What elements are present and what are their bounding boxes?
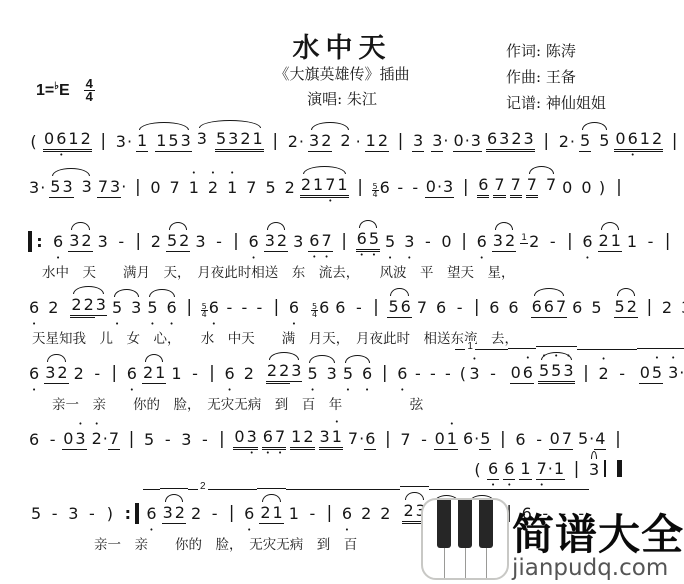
note: - <box>254 297 265 318</box>
note-group: - <box>427 363 438 384</box>
note: 3 <box>68 230 80 252</box>
note-group: - <box>224 297 235 318</box>
slur-note-group: 77 <box>526 174 557 198</box>
note: 5 <box>306 363 318 384</box>
note: 2 <box>284 177 296 198</box>
note: 7 <box>493 174 505 198</box>
note: 6 <box>52 231 64 252</box>
note: 5 <box>166 230 178 252</box>
note: 6 <box>581 231 593 252</box>
note: 3 <box>97 231 109 252</box>
note: 2 <box>379 503 391 524</box>
barline: | <box>642 297 657 318</box>
dotted-note-dot: · <box>40 177 45 198</box>
slur-note-group: 533 <box>49 176 93 198</box>
note-group: 76- <box>416 297 465 318</box>
barline: | <box>393 131 408 152</box>
note: 5 <box>49 176 61 198</box>
note: - <box>410 177 421 198</box>
note-group: | <box>458 177 473 198</box>
note: 0 <box>614 128 626 152</box>
notation-line: 622235356|546---|65466-|5676-|666676552|… <box>26 294 684 318</box>
note: 6 <box>488 297 500 318</box>
note: 3 <box>667 362 679 383</box>
note-group: - <box>239 297 250 318</box>
dotted-note-dot: · <box>356 131 361 152</box>
note: - <box>645 231 656 252</box>
note-group: 6 <box>477 174 489 198</box>
lyrics-line: 水中 天 满月 天， 月夜此时相送 东 流去， 风波 平 望天 星， <box>42 261 677 281</box>
time-signature: 4 4 <box>84 78 95 103</box>
note: 6 <box>166 297 178 318</box>
slur-note-group: 3 <box>588 459 600 480</box>
note: 6 <box>28 297 40 318</box>
note: 2 <box>339 130 351 151</box>
note: 1 <box>226 177 238 198</box>
note: 6 <box>477 174 489 198</box>
note: 2 <box>320 130 332 152</box>
dotted-note-dot: · <box>121 176 126 197</box>
note: 6 <box>514 429 526 450</box>
note: 1 <box>553 458 565 480</box>
barline: | <box>539 131 554 152</box>
note-group: 22- <box>190 503 220 524</box>
note: 7 <box>320 230 332 252</box>
note: 6 <box>627 128 639 152</box>
slur-note-group: 35321 <box>196 128 264 152</box>
slur-note-group: 52 <box>614 296 638 318</box>
note: 1 <box>610 230 622 252</box>
note: - <box>214 231 225 252</box>
note-group: | <box>457 231 472 252</box>
note-group: 00 <box>561 177 592 198</box>
note: - <box>353 297 364 318</box>
note-group: | <box>612 177 627 198</box>
music-system-1: (0612|3·115335321|2·322·12|33·0·36323|2·… <box>26 128 684 152</box>
note: 3 <box>109 176 121 198</box>
dotted-note-dot: · <box>127 131 132 152</box>
note-group: 6 <box>52 231 64 252</box>
note: 2 <box>83 294 95 318</box>
note: 5 <box>579 130 591 152</box>
note: 2 <box>80 230 92 252</box>
note: 2 <box>402 500 414 524</box>
note-group: | <box>322 503 337 524</box>
note-group: 3- <box>97 231 127 252</box>
note-group: | <box>214 429 229 450</box>
slur-note-group: 53 <box>306 363 337 384</box>
barline: | <box>130 177 145 198</box>
note: 1 <box>639 128 651 152</box>
note: 3 <box>562 360 574 384</box>
note: 0 <box>561 177 573 198</box>
note: 3 <box>588 459 600 480</box>
note-group: - <box>412 363 423 384</box>
note-group: | <box>562 231 577 252</box>
note-group: 7·1 <box>536 458 565 480</box>
note-group: | <box>377 363 392 384</box>
note-group: | <box>368 297 383 318</box>
note: 7 <box>526 174 538 198</box>
note-group: 6- <box>334 297 364 318</box>
barline: | <box>579 363 594 384</box>
barline: | <box>337 231 352 252</box>
note: 0 <box>453 130 465 152</box>
note-group: 01 <box>434 428 458 450</box>
note: 5 <box>577 428 589 449</box>
note: 3 <box>194 231 206 252</box>
note-group: | <box>569 459 584 480</box>
note-group: 5-3- <box>143 429 210 450</box>
barline: | <box>322 503 337 524</box>
note: 1 <box>170 363 182 384</box>
note-group: 1- <box>288 503 318 524</box>
slur-note-group: 32 <box>68 230 92 252</box>
time-signature-change: 54 <box>311 303 318 318</box>
note: - <box>419 429 430 450</box>
slur-note-group: 223 <box>70 294 107 318</box>
slur-note-group: 322 <box>308 130 352 152</box>
note-group: 6 <box>581 231 593 252</box>
note: - <box>442 363 453 384</box>
note-group: 6 <box>476 231 488 252</box>
barline: | <box>495 429 510 450</box>
note: - <box>617 363 628 384</box>
watermark-domain-text: jianpudq.com <box>512 557 668 580</box>
note: 6 <box>400 296 412 318</box>
barline: | <box>458 177 473 198</box>
note: 5 <box>368 228 380 252</box>
note: 2 <box>300 174 312 198</box>
note: 3 <box>196 128 208 149</box>
note: - <box>307 503 318 524</box>
note: 0 <box>510 362 522 384</box>
note: 2 <box>142 362 154 384</box>
lyrics-line: 亲一 亲 你的 脸， 无灾无病 到 百 年 弦 <box>52 393 684 413</box>
white-key-divider <box>444 547 445 578</box>
note: 5 <box>111 297 123 318</box>
note: 2 <box>150 231 162 252</box>
note: 0 <box>149 177 161 198</box>
barline: | <box>96 131 111 152</box>
note-group: | <box>353 177 368 198</box>
note: 1 <box>336 174 348 198</box>
barline: | <box>368 297 383 318</box>
repeat-begin-sign: : <box>28 231 46 252</box>
note-group: 0612 <box>43 128 92 152</box>
note: 3 <box>246 426 258 450</box>
note: - <box>488 363 499 384</box>
note-group: 67 <box>308 230 332 252</box>
notation-line: 3·53373·|071217522171|546--0·3|6777700)| <box>26 174 629 198</box>
note-group: | <box>393 131 408 152</box>
note: 1 <box>331 426 343 450</box>
note: 1 <box>626 231 638 252</box>
slur-note-group: 223 <box>266 360 303 384</box>
note-group: 3- <box>194 231 224 252</box>
note-group: | <box>205 363 220 384</box>
note-group: 23-- <box>661 297 684 318</box>
note: - <box>547 231 558 252</box>
note-group: 2 <box>150 231 162 252</box>
piano-keys-icon <box>421 498 509 580</box>
note-group: | <box>130 177 145 198</box>
note-group: | <box>229 231 244 252</box>
note: 7 <box>97 176 109 198</box>
note-group: 6 <box>248 231 260 252</box>
note-group: 3· <box>115 131 132 152</box>
notation-line: :6323-|2523-|632367|6553-0|63212-|6211-| <box>26 228 677 252</box>
note: 3 <box>81 176 93 197</box>
note-group: 6 <box>28 363 40 384</box>
note: 3 <box>74 428 86 450</box>
composer-credit: 作曲: 王备 <box>506 64 606 90</box>
note: 5 <box>146 297 158 318</box>
note: 6 <box>571 297 583 318</box>
note-group: 7·6 <box>347 428 376 450</box>
dotted-note-dot: · <box>570 131 575 152</box>
note: 4 <box>594 428 606 450</box>
note: 3 <box>468 363 480 384</box>
music-system-3: :6323-|2523-|632367|6553-0|63212-|6211-|… <box>26 228 677 281</box>
note-group: 6 <box>396 363 408 384</box>
note: 7 <box>399 429 411 450</box>
slur-note-group: 32 <box>492 230 516 252</box>
slur-note-group: 56 <box>342 363 373 384</box>
slur-note-group: 65 <box>356 228 380 252</box>
note: 7 <box>245 177 257 198</box>
note: 6 <box>462 428 474 449</box>
note: 5 <box>614 296 626 318</box>
note: 0 <box>639 362 651 384</box>
note: 2 <box>56 362 68 384</box>
note: 3 <box>470 130 482 152</box>
note-group: ( <box>28 131 39 152</box>
barline: | <box>131 231 146 252</box>
note: 6 <box>243 503 255 524</box>
note: ( <box>457 363 468 384</box>
note: 3 <box>227 128 239 152</box>
note-group: | <box>642 297 657 318</box>
music-system-4: 622235356|546---|65466-|5676-|666676552|… <box>26 294 684 347</box>
note: 1 <box>188 177 200 198</box>
note: 2 <box>504 230 516 252</box>
note: 5 <box>167 130 179 152</box>
note: 1 <box>155 130 167 152</box>
note-group: | <box>269 297 284 318</box>
note-group: 5-3-) <box>30 503 115 524</box>
note-group: 73· <box>97 176 126 198</box>
note-group: 6 <box>126 363 138 384</box>
note: 3 <box>292 231 304 252</box>
note: 6 <box>522 362 534 384</box>
note: 1 <box>252 128 264 152</box>
note: 7 <box>536 458 548 480</box>
note: - <box>199 429 210 450</box>
note: 7 <box>108 428 120 450</box>
note: 2 <box>528 231 540 252</box>
note: - <box>209 503 220 524</box>
lyricist-credit: 作词: 陈涛 <box>506 38 606 64</box>
note: 6 <box>288 297 300 318</box>
barline: | <box>124 429 139 450</box>
barline: | <box>214 429 229 450</box>
note: - <box>422 231 433 252</box>
note-group: 07 <box>549 428 573 450</box>
slur-note-group: 553 <box>538 360 575 384</box>
note-group: 6 <box>503 458 515 480</box>
note: 2 <box>239 128 251 152</box>
note: 2 <box>651 128 663 152</box>
music-system-2: 3·53373·|071217522171|546--0·3|6777700)| <box>26 174 629 198</box>
slur-note-group: 56 <box>146 297 177 318</box>
dotted-note-dot: · <box>679 362 684 383</box>
note: 3 <box>28 177 40 198</box>
note: 6 <box>28 429 40 450</box>
note: 3 <box>308 130 320 152</box>
barline: | <box>377 363 392 384</box>
grace-note: 1 <box>520 233 528 244</box>
note: 3 <box>67 503 79 524</box>
note-group: 546 <box>372 177 391 198</box>
barline: | <box>205 363 220 384</box>
note-group: | <box>579 363 594 384</box>
note-group: 6323 <box>486 128 535 152</box>
barline: | <box>610 429 625 450</box>
note: 2 <box>243 363 255 384</box>
barline: | <box>562 231 577 252</box>
note: 2 <box>278 360 290 384</box>
note: 3 <box>523 128 535 152</box>
note: 6 <box>318 297 330 318</box>
note-group: - <box>410 177 421 198</box>
note: 5 <box>342 363 354 384</box>
note: 5 <box>651 362 663 384</box>
note: - <box>534 429 545 450</box>
note-group: 2·7 <box>91 428 120 450</box>
note: 6 <box>334 297 346 318</box>
black-key <box>437 498 451 548</box>
slur-note-group: 55 <box>579 130 610 152</box>
note-group: 07121752 <box>149 177 296 198</box>
note: 0 <box>425 176 437 198</box>
note: 3 <box>44 362 56 384</box>
note: 3 <box>403 231 415 252</box>
note: 5 <box>215 128 227 152</box>
note: 2 <box>276 230 288 252</box>
note-group: | <box>539 131 554 152</box>
note: - <box>239 297 250 318</box>
note: 3 <box>290 360 302 382</box>
note-group: 12- <box>520 231 558 252</box>
note-group <box>604 460 622 480</box>
note: 0 <box>549 428 561 450</box>
note: 3 <box>326 363 338 384</box>
barline: | <box>457 231 472 252</box>
notation-line: (6617·1|3 <box>470 458 624 482</box>
note: 6 <box>531 296 543 318</box>
note-group: 05 <box>639 362 663 384</box>
note-group: | <box>610 429 625 450</box>
note: 2 <box>626 296 638 318</box>
note: 6 <box>379 177 391 198</box>
note-group: | <box>131 231 146 252</box>
note: 3 <box>319 426 331 450</box>
note: 3 <box>115 131 127 152</box>
note: 6 <box>145 503 157 524</box>
note-group: 6 <box>145 503 157 524</box>
note-group: 546 <box>201 297 220 318</box>
barline: | <box>182 297 197 318</box>
note: 2 <box>558 131 570 152</box>
final-barline <box>604 460 622 477</box>
note-group: | <box>182 297 197 318</box>
credits-block: 作词: 陈涛 作曲: 王备 记谱: 神仙姐姐 <box>506 38 606 116</box>
watermark: 简谱大全 jianpudq.com <box>421 498 684 580</box>
note: 1 <box>365 130 377 152</box>
note: 2 <box>661 297 673 318</box>
barline: | <box>380 429 395 450</box>
note-group: 3· <box>28 177 45 198</box>
note: 2 <box>47 297 59 318</box>
note: - <box>454 297 465 318</box>
note: - <box>162 429 173 450</box>
barline: | <box>269 297 284 318</box>
note: 3 <box>162 502 174 524</box>
note: 5 <box>550 360 562 384</box>
note-group: 62 <box>28 297 66 318</box>
note-group: · <box>356 131 361 152</box>
note-group: 03 <box>233 426 257 450</box>
note-group: : <box>119 503 141 524</box>
white-key-divider <box>465 547 466 578</box>
note-group: 67 <box>262 426 286 450</box>
note: 6 <box>224 363 236 384</box>
note-group: | <box>667 131 682 152</box>
music-system-7: (6617·1|3 <box>470 458 624 482</box>
note-group: 0·3 <box>453 130 482 152</box>
slur-note-group: 32 <box>162 502 186 524</box>
note: 7 <box>545 174 557 195</box>
note-group: 1- <box>170 363 200 384</box>
slur-note-group: 56 <box>387 296 411 318</box>
note: - <box>116 231 127 252</box>
note: ) <box>597 177 608 198</box>
note: 6 <box>341 503 353 524</box>
barline: | <box>268 131 283 152</box>
key-signature: 1=♭E 4 4 <box>36 78 95 103</box>
note-group: 622 <box>341 503 399 524</box>
slur-note-group: 21 <box>598 230 622 252</box>
music-system-6: 6-032·7|5-3-|036712317·6|7-016·5|6-075·4… <box>26 426 627 450</box>
watermark-brand-text: 简谱大全 <box>512 514 684 556</box>
note: 1 <box>288 503 300 524</box>
barline: | <box>224 503 239 524</box>
note-group: 06 <box>510 362 534 384</box>
barline: | <box>612 177 627 198</box>
lyrics-line: 天星知我 儿 女 心， 水 中天 满 月天， 月夜此时 相送东流 去， <box>32 327 684 347</box>
note-group: 5·4 <box>577 428 606 450</box>
note-group: 12 <box>365 130 389 152</box>
note: 6 <box>396 363 408 384</box>
dotted-note-dot: · <box>299 131 304 152</box>
note: 1 <box>67 128 79 152</box>
note: 2 <box>207 177 219 198</box>
note: 5 <box>479 428 491 450</box>
note-group: 33· <box>412 130 448 152</box>
note-group: 1 <box>519 458 531 480</box>
volta-number: 1 <box>465 341 475 352</box>
